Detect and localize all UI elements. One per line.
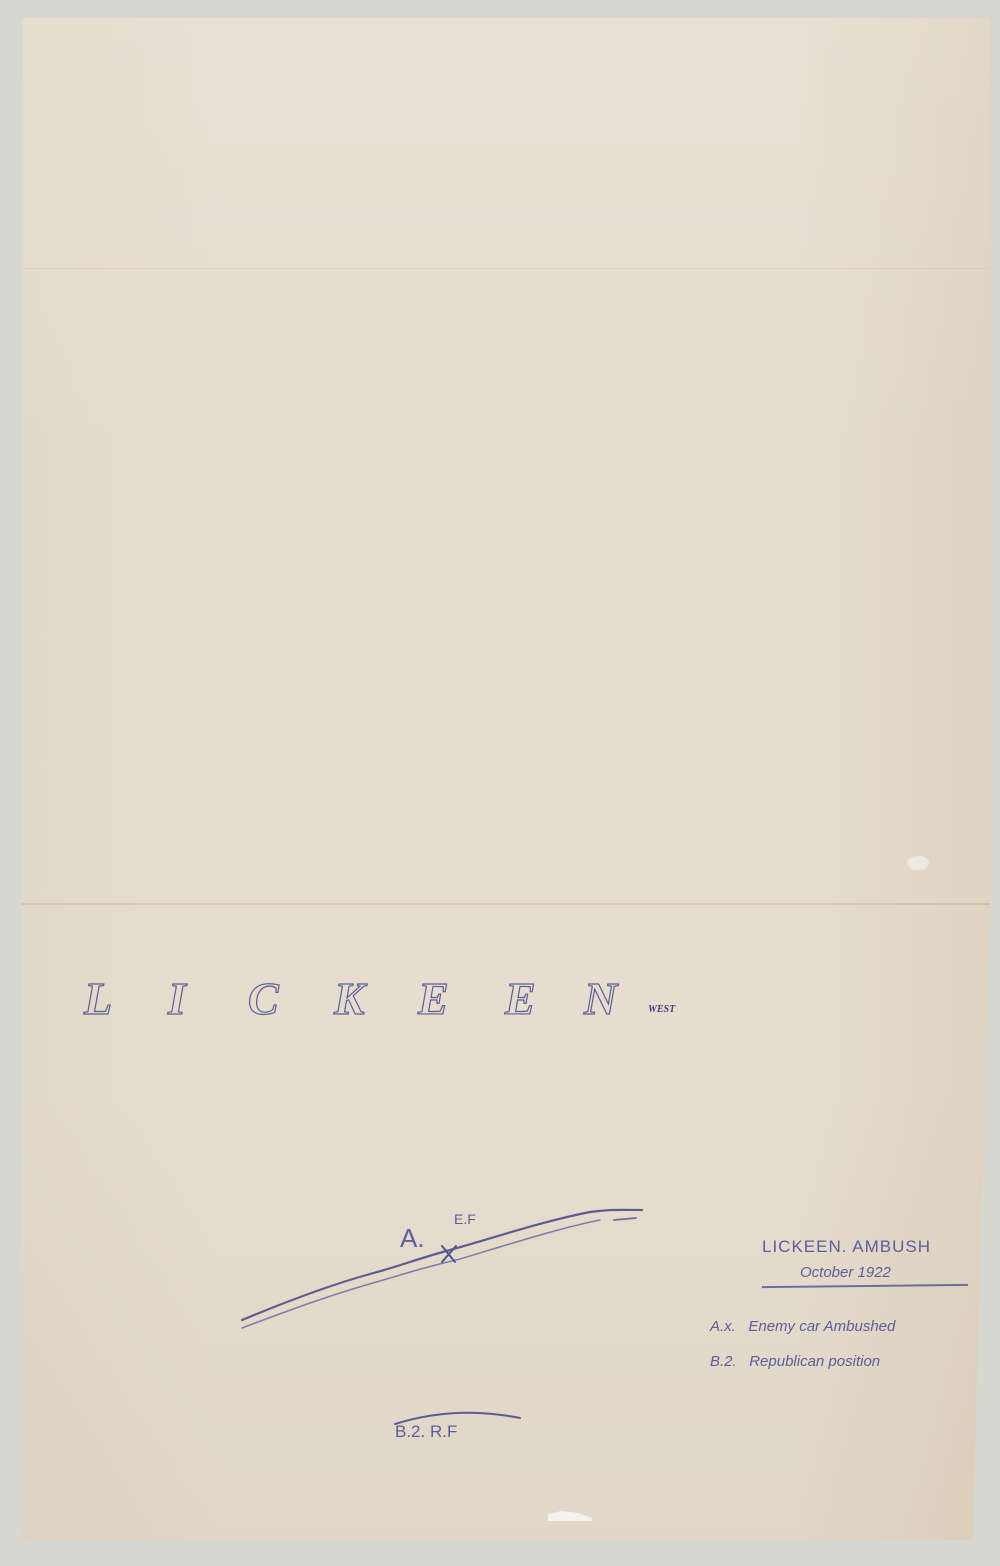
paper-stain [907,856,929,870]
title-letter-l: L [84,972,112,1025]
paper-fold [22,903,990,905]
title-letter-i: I [168,972,186,1025]
legend-text: Enemy car Ambushed [748,1318,895,1335]
paper-sheet [22,18,990,1540]
title-suffix-west: WEST [648,1004,675,1015]
title-letter-n: N [584,972,617,1025]
label-b2-rf: B.2. R.F [395,1422,457,1442]
label-ef: E.F [454,1211,476,1227]
title-letter-e2: E [505,972,536,1025]
legend-text: Republican position [749,1353,880,1370]
legend-date: October 1922 [800,1264,891,1281]
legend-title: LICKEEN. AMBUSH [762,1237,931,1257]
label-a: A. [400,1223,425,1254]
paper-crease-upper [22,268,990,269]
legend-key: A.x. [710,1318,736,1335]
legend-item-b: B.2. Republican position [710,1353,880,1370]
legend-key: B.2. [710,1353,737,1370]
title-letter-c: C [248,972,279,1025]
title-letter-e1: E [418,972,449,1025]
legend-item-a: A.x. Enemy car Ambushed [710,1318,895,1335]
title-letter-k: K [334,972,365,1025]
